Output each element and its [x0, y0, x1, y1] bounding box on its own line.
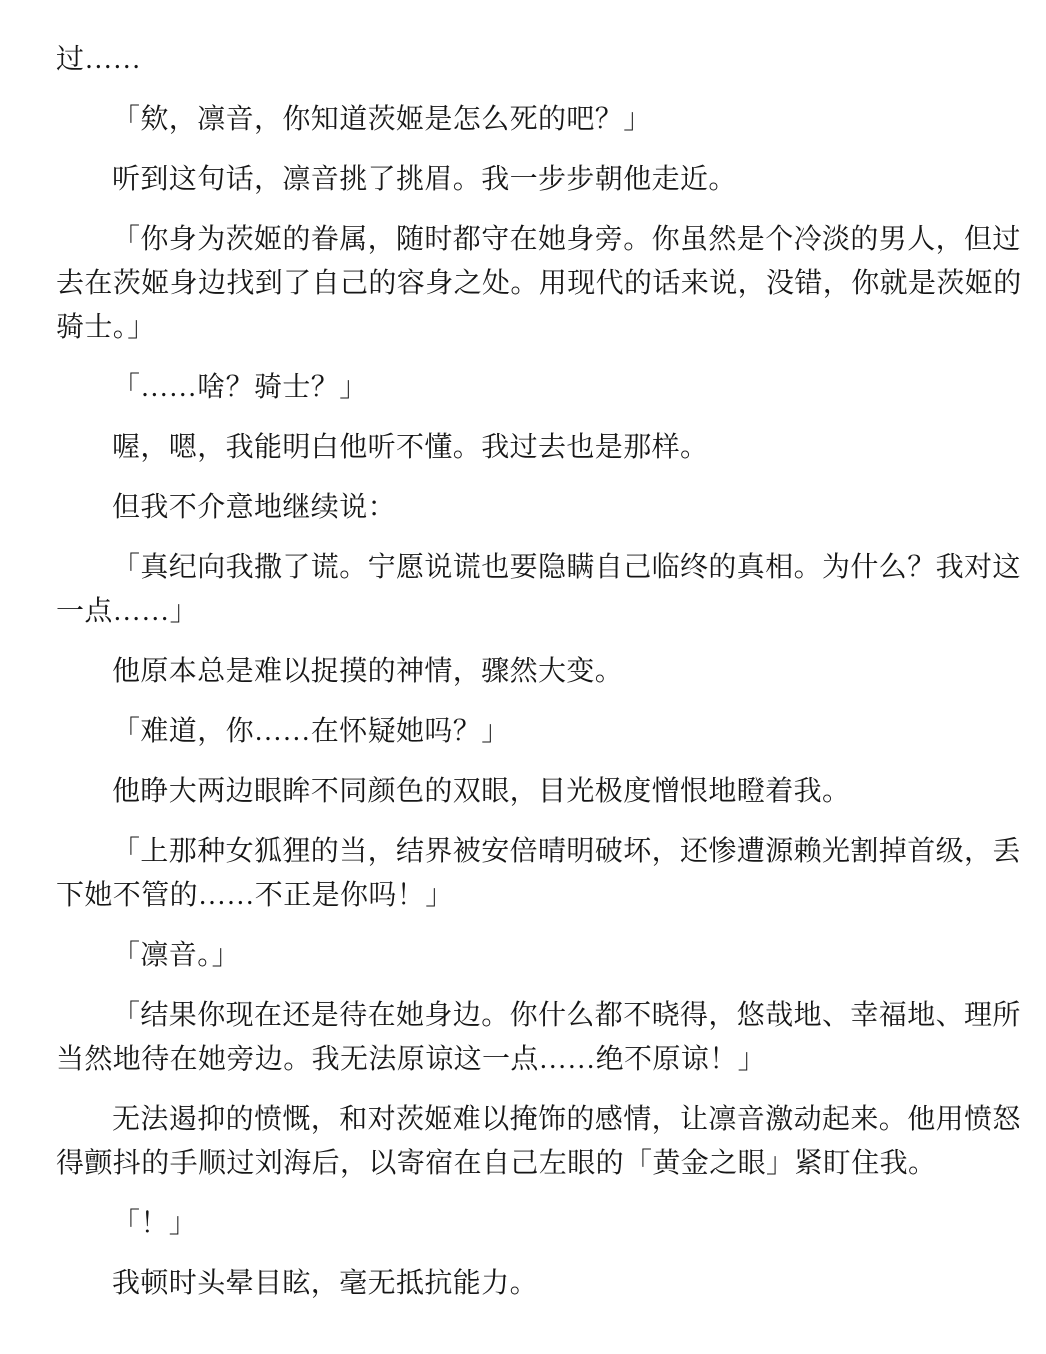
text-content: 过……「欸，凛音，你知道茨姬是怎么死的吧？」听到这句话，凛音挑了挑眉。我一步步朝…	[56, 38, 1002, 1306]
paragraph: 「你身为茨姬的眷属，随时都守在她身旁。你虽然是个冷淡的男人，但过去在茨姬身边找到…	[56, 218, 1002, 350]
paragraph: 「欸，凛音，你知道茨姬是怎么死的吧？」	[56, 98, 1002, 142]
text-line: 骑士。」	[56, 306, 1002, 350]
text-line: 我顿时头晕目眩，毫无抵抗能力。	[56, 1262, 1002, 1306]
paragraph: 他睁大两边眼眸不同颜色的双眼，目光极度憎恨地瞪着我。	[56, 770, 1002, 814]
text-line: 「凛音。」	[56, 934, 1002, 978]
paragraph: 「……啥？骑士？」	[56, 366, 1002, 410]
paragraph: 「真纪向我撒了谎。宁愿说谎也要隐瞒自己临终的真相。为什么？我对这一点……」	[56, 546, 1002, 634]
text-line: 「上那种女狐狸的当，结界被安倍晴明破坏，还惨遭源赖光割掉首级，丢	[56, 830, 1002, 874]
paragraph: 「结果你现在还是待在她身边。你什么都不晓得，悠哉地、幸福地、理所当然地待在她旁边…	[56, 994, 1002, 1082]
text-line: 「欸，凛音，你知道茨姬是怎么死的吧？」	[56, 98, 1002, 142]
paragraph: 「难道，你……在怀疑她吗？」	[56, 710, 1002, 754]
text-line: 「真纪向我撒了谎。宁愿说谎也要隐瞒自己临终的真相。为什么？我对这	[56, 546, 1002, 590]
paragraph: 无法遏抑的愤慨，和对茨姬难以掩饰的感情，让凛音激动起来。他用愤怒得颤抖的手顺过刘…	[56, 1098, 1002, 1186]
paragraph: 「上那种女狐狸的当，结界被安倍晴明破坏，还惨遭源赖光割掉首级，丢下她不管的……不…	[56, 830, 1002, 918]
paragraph: 「凛音。」	[56, 934, 1002, 978]
text-line: 一点……」	[56, 590, 1002, 634]
paragraph: 我顿时头晕目眩，毫无抵抗能力。	[56, 1262, 1002, 1306]
paragraph: 过……	[56, 38, 1002, 82]
paragraph: 「！」	[56, 1202, 1002, 1246]
text-line: 「！」	[56, 1202, 1002, 1246]
text-line: 「你身为茨姬的眷属，随时都守在她身旁。你虽然是个冷淡的男人，但过	[56, 218, 1002, 262]
text-line: 他睁大两边眼眸不同颜色的双眼，目光极度憎恨地瞪着我。	[56, 770, 1002, 814]
text-line: 过……	[56, 38, 1002, 82]
text-line: 喔，嗯，我能明白他听不懂。我过去也是那样。	[56, 426, 1002, 470]
text-line: 「结果你现在还是待在她身边。你什么都不晓得，悠哉地、幸福地、理所	[56, 994, 1002, 1038]
text-line: 去在茨姬身边找到了自己的容身之处。用现代的话来说，没错，你就是茨姬的	[56, 262, 1002, 306]
text-line: 但我不介意地继续说：	[56, 486, 1002, 530]
text-line: 下她不管的……不正是你吗！」	[56, 874, 1002, 918]
text-line: 得颤抖的手顺过刘海后，以寄宿在自己左眼的「黄金之眼」紧盯住我。	[56, 1142, 1002, 1186]
text-line: 「难道，你……在怀疑她吗？」	[56, 710, 1002, 754]
text-line: 「……啥？骑士？」	[56, 366, 1002, 410]
book-page: 过……「欸，凛音，你知道茨姬是怎么死的吧？」听到这句话，凛音挑了挑眉。我一步步朝…	[0, 0, 1046, 1354]
paragraph: 喔，嗯，我能明白他听不懂。我过去也是那样。	[56, 426, 1002, 470]
text-line: 听到这句话，凛音挑了挑眉。我一步步朝他走近。	[56, 158, 1002, 202]
text-line: 他原本总是难以捉摸的神情，骤然大变。	[56, 650, 1002, 694]
paragraph: 但我不介意地继续说：	[56, 486, 1002, 530]
paragraph: 听到这句话，凛音挑了挑眉。我一步步朝他走近。	[56, 158, 1002, 202]
text-line: 无法遏抑的愤慨，和对茨姬难以掩饰的感情，让凛音激动起来。他用愤怒	[56, 1098, 1002, 1142]
text-line: 当然地待在她旁边。我无法原谅这一点……绝不原谅！」	[56, 1038, 1002, 1082]
paragraph: 他原本总是难以捉摸的神情，骤然大变。	[56, 650, 1002, 694]
